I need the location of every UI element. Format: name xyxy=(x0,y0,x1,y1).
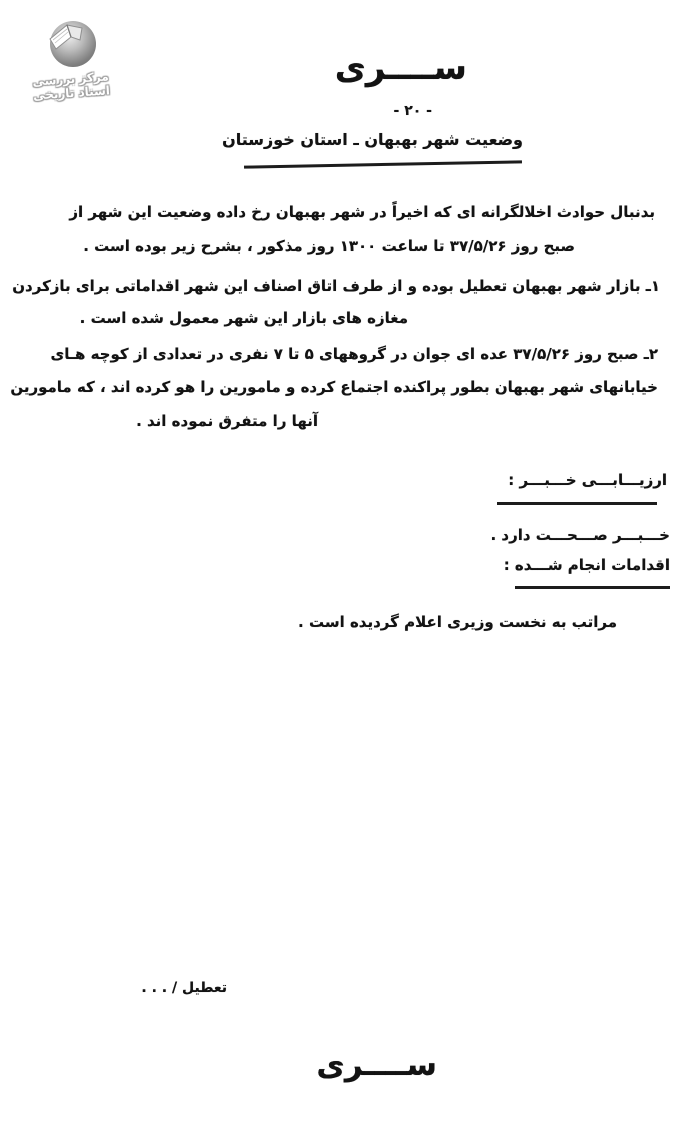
actions-underline xyxy=(515,586,670,589)
scanned-document-page: مرکز بررسی اسناد تاریخی ســــری - ۲۰ - و… xyxy=(0,0,700,1130)
item1-line-1: ۱ـ بازار شهر بهبهان تعطیل بوده و از طرف … xyxy=(12,277,660,295)
item2-line-2: خیابانهای شهر بهبهان بطور پراکنده اجتماع… xyxy=(10,378,658,396)
actions-heading: اقدامات انجام شـــده : xyxy=(504,556,670,574)
item2-line-1: ۲ـ صبح روز ۳۷/۵/۲۶ عده ای جوان در گروهها… xyxy=(50,345,658,363)
classification-bottom: ســــری xyxy=(316,1047,437,1083)
intro-line-1: بدنبال حوادث اخلالگرانه ای که اخیراً در … xyxy=(69,203,655,221)
archive-logo: مرکز بررسی اسناد تاریخی xyxy=(16,18,126,100)
archive-logo-caption: مرکز بررسی اسناد تاریخی xyxy=(15,68,127,104)
document-title: وضعیت شهر بهبهان ـ استان خوزستان xyxy=(222,130,523,149)
evaluation-heading: ارزیـــابـــی خـــبـــر : xyxy=(508,471,667,489)
title-underline xyxy=(244,160,522,168)
book-globe-icon xyxy=(43,18,99,70)
page-number: - ۲۰ - xyxy=(394,103,432,119)
actions-body: مراتب به نخست وزیری اعلام گردیده است . xyxy=(298,613,617,631)
item2-line-3: آنها را متفرق نموده اند . xyxy=(136,412,318,430)
classification-top: ســــری xyxy=(335,48,467,88)
evaluation-body: خـــبـــر صـــحـــت دارد . xyxy=(490,526,670,544)
evaluation-underline xyxy=(497,502,657,505)
intro-line-2: صبح روز ۳۷/۵/۲۶ تا ساعت ۱۳۰۰ روز مذکور ،… xyxy=(83,237,575,255)
catchword: تعطیل / . . . xyxy=(141,980,227,996)
item1-line-2: مغازه های بازار این شهر معمول شده است . xyxy=(80,309,408,327)
